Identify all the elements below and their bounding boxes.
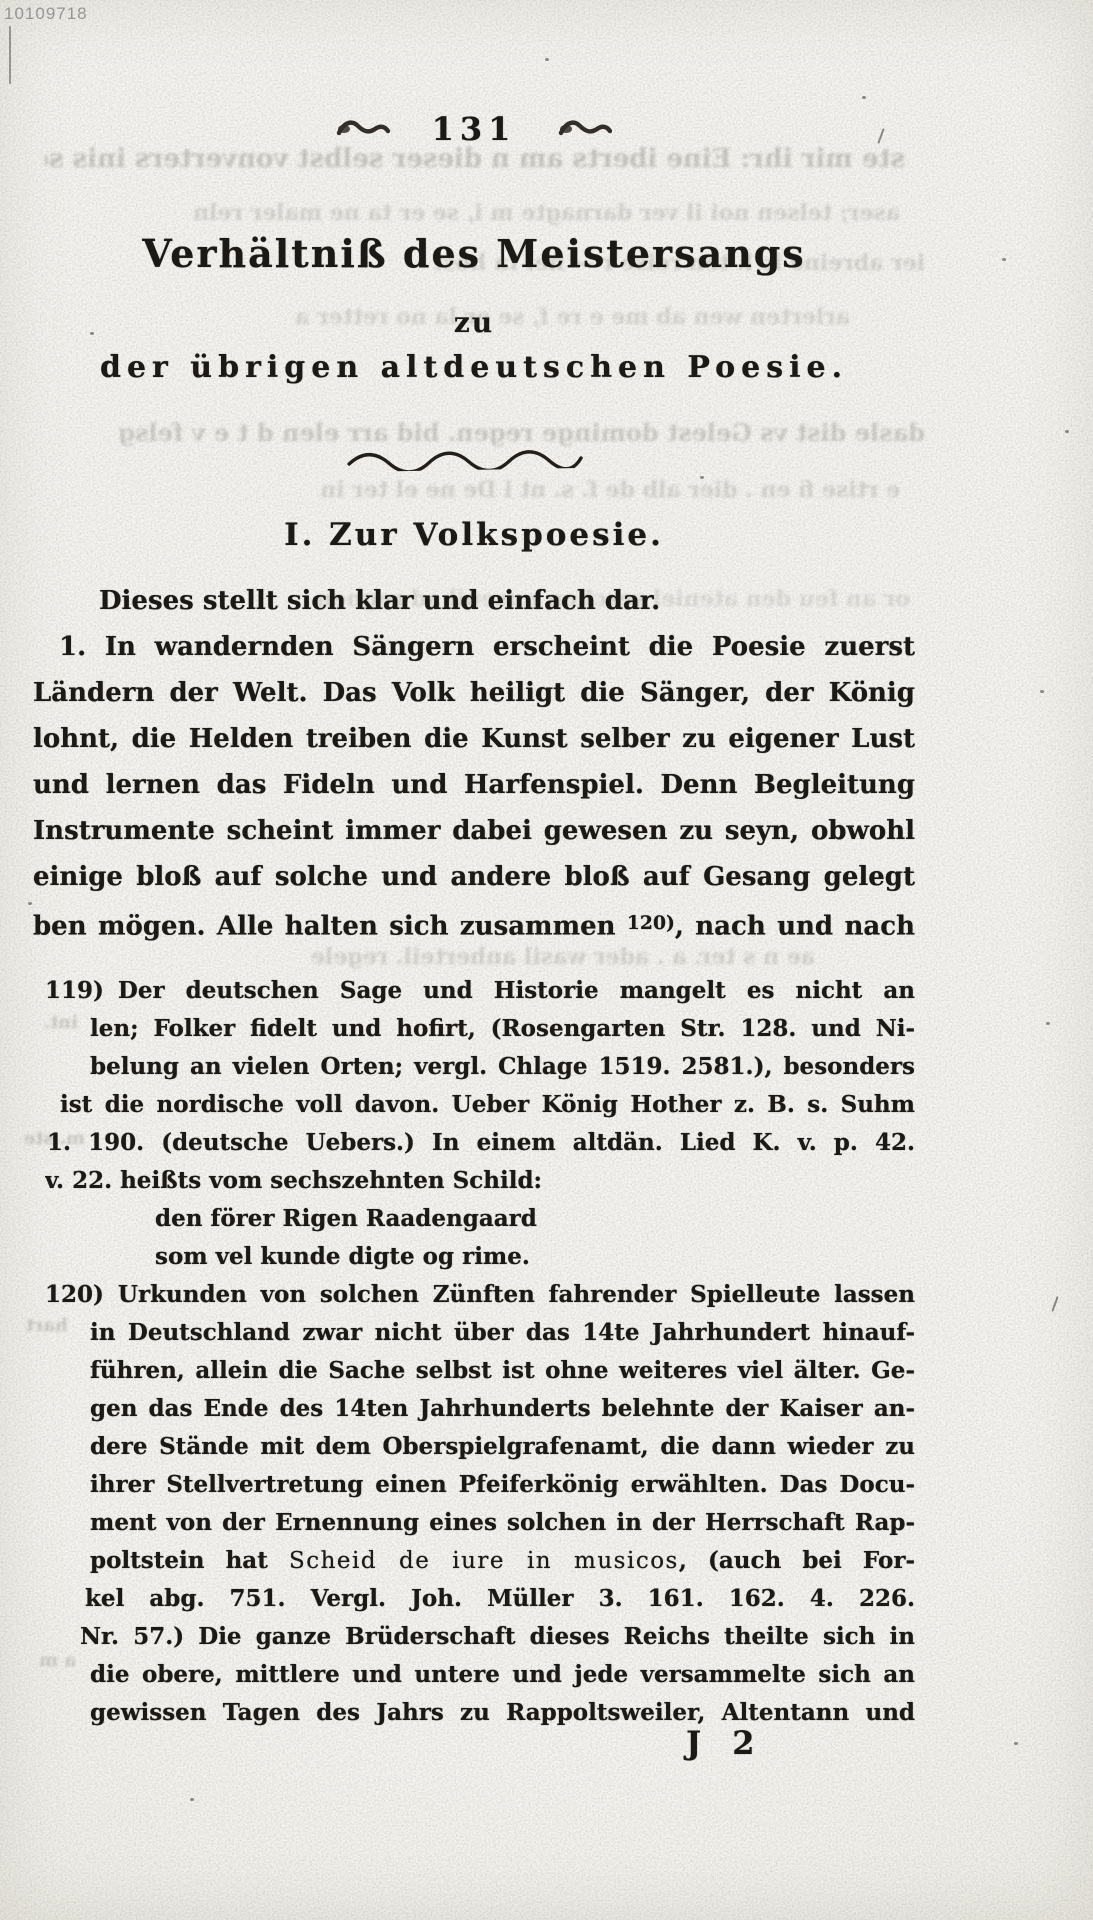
footnote-120-line: kel abg. 751. Vergl. Joh. Müller 3. 161.… [45,1580,915,1618]
body-line: Instrumente scheint immer dabei gewesen … [33,808,915,854]
scan-speck [700,476,704,479]
footnote-120-line: gen das Ende des 14ten Jahrhunderts bele… [45,1390,915,1428]
page-header: 131 [33,110,915,148]
footnotes-block: 119)Der deutschen Sage und Historie mang… [45,972,915,1732]
body-text: Dieses stellt sich klar und einfach dar.… [33,578,915,946]
footnote-119-line: 119)Der deutschen Sage und Historie mang… [45,972,915,1010]
footnote-120-line: in Deutschland zwar nicht über das 14te … [45,1314,915,1352]
signature-mark: J 2 [686,1724,765,1762]
scan-speck [190,1798,194,1801]
scan-speck [1046,1022,1050,1025]
chapter-title-connector: zu [33,306,915,339]
bleedthrough-text: ae n s ter. a . ader wasil anherteil. re… [55,944,815,970]
chapter-title-line1: Verhältniß des Meistersangs [33,231,915,276]
body-line: 1. In wandernden Sängern erscheint die P… [33,624,915,670]
body-line: Ländern der Welt. Das Volk heiligt die S… [33,670,915,716]
scan-speck [1014,1742,1018,1745]
footnote-marker: 119) [45,977,104,1004]
scan-speck [1040,690,1044,693]
latin-citation: Scheid de iure in musicos [289,1548,679,1574]
footnote-119-verse-line: som vel kunde digte og rime. [45,1238,915,1276]
scan-mark [9,26,11,84]
page-number: 131 [432,110,517,148]
bleedthrough-text: e rtise fi en . dier alb de f. s. nt i D… [60,477,900,503]
body-line: und lernen das Fideln und Harfenspiel. D… [33,762,915,808]
footnote-120-line: gewissen Tagen des Jahrs zu Rappoltsweil… [45,1694,915,1732]
footnote-120-line: dere Stände mit dem Oberspielgrafenamt, … [45,1428,915,1466]
bleedthrough-text: aser; telsen noi il ver darnagte m i, se… [50,200,900,226]
body-line: ben mögen. Alle halten sich zusammen 120… [33,900,915,946]
body-line: Dieses stellt sich klar und einfach dar. [33,578,915,624]
footnote-119-line: v. 22. heißts vom sechszehnten Schild: [45,1162,915,1200]
wavy-rule-divider [345,442,585,472]
swash-flourish-icon [558,117,612,141]
footnote-120-line: ihrer Stellvertretung einen Pfeiferkönig… [45,1466,915,1504]
footnote-119-line: len; Folker fidelt und hofirt, (Rosengar… [45,1010,915,1048]
footnote-120-line: die obere, mittlere und untere und jede … [45,1656,915,1694]
body-line: lohnt, die Helden treiben die Kunst selb… [33,716,915,762]
footnote-120-line: führen, allein die Sache selbst ist ohne… [45,1352,915,1390]
footnote-120-line: ment von der Ernennung eines solchen in … [45,1504,915,1542]
footnote-119-line: ist die nordische voll davon. Ueber Köni… [45,1086,915,1124]
scanned-book-page: 10109718 ste mir ihr: Eine iberts am n d… [0,0,1093,1920]
footnote-120-line: Nr. 57.) Die ganze Brüderschaft dieses R… [45,1618,915,1656]
scan-speck [545,58,549,61]
bleedthrough-text: ste mir ihr: Eine iberts am n dieser sel… [45,144,905,174]
scan-mark [1051,1296,1058,1312]
scan-stamp-number: 10109718 [4,4,88,24]
scan-speck [1065,430,1069,433]
swash-flourish-icon [336,117,390,141]
footnote-marker: 120) [45,1281,104,1308]
footnote-119-line: 1. 190. (deutsche Uebers.) In einem altd… [45,1124,915,1162]
scan-speck [1002,258,1006,261]
scan-speck [28,902,32,905]
footnote-119-line: belung an vielen Orten; vergl. Chlage 15… [45,1048,915,1086]
chapter-title-line2: der übrigen altdeutschen Poesie. [33,350,915,385]
footnote-120-line: 120)Urkunden von solchen Zünften fahrend… [45,1276,915,1314]
footnote-119-verse-line: den förer Rigen Raadengaard [45,1200,915,1238]
body-line: einige bloß auf solche und andere bloß a… [33,854,915,900]
section-heading: I. Zur Volkspoesie. [33,517,915,553]
scan-speck [90,332,94,335]
footnote-reference: 120) [627,912,675,934]
scan-speck [862,96,866,99]
footnote-120-line: poltstein hat Scheid de iure in musicos,… [45,1542,915,1580]
